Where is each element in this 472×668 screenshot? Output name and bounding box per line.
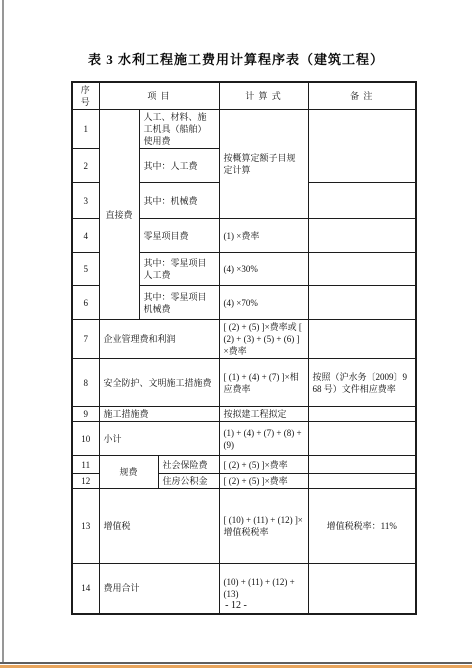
document-page: 表 3 水利工程施工费用计算程序表（建筑工程） 序号 项 目 计 算 式 备 注… xyxy=(0,0,472,668)
row-no: 3 xyxy=(72,183,99,219)
page-number: - 12 - xyxy=(0,600,472,611)
item-cell: 其中：零星项目机械费 xyxy=(139,286,219,320)
remark-cell xyxy=(308,422,416,456)
row-no: 5 xyxy=(72,253,99,286)
formula-cell: [ (2) + (5) ]×费率 xyxy=(219,474,308,489)
row-no: 4 xyxy=(72,219,99,253)
row-no: 13 xyxy=(72,489,99,564)
formula-cell: [ (1) + (4) + (7) ]×相应费率 xyxy=(219,359,308,407)
remark-cell xyxy=(308,110,416,183)
row-no: 1 xyxy=(72,110,99,149)
remark-cell xyxy=(308,253,416,286)
header-item: 项 目 xyxy=(99,82,219,110)
table-row: 9 施工措施费 按拟建工程拟定 xyxy=(72,407,416,422)
remark-cell xyxy=(308,320,416,359)
formula-cell: 按拟建工程拟定 xyxy=(219,407,308,422)
remark-cell xyxy=(308,286,416,320)
table-row: 10 小计 (1) + (4) + (7) + (8) + (9) xyxy=(72,422,416,456)
row-no: 2 xyxy=(72,149,99,183)
item-cell: 施工措施费 xyxy=(99,407,219,422)
table-row: 13 增值税 [ (10) + (11) + (12) ]×增值税税率 增值税税… xyxy=(72,489,416,564)
formula-cell: 按概算定额子目规定计算 xyxy=(219,110,308,219)
remark-cell: 按照（沪水务〔2009〕968 号）文件相应费率 xyxy=(308,359,416,407)
remark-cell xyxy=(308,407,416,422)
header-formula: 计 算 式 xyxy=(219,82,308,110)
formula-cell: [ (2) + (5) ]×费率或 [ (2) + (3) + (5) + (6… xyxy=(219,320,308,359)
group-regulation-fees: 规费 xyxy=(99,456,158,489)
remark-cell xyxy=(308,474,416,489)
item-cell: 增值税 xyxy=(99,489,219,564)
row-no: 8 xyxy=(72,359,99,407)
group-direct-cost: 直接费 xyxy=(99,110,139,320)
table-row: 7 企业管理费和利润 [ (2) + (5) ]×费率或 [ (2) + (3)… xyxy=(72,320,416,359)
item-cell: 小计 xyxy=(99,422,219,456)
formula-cell: (1) + (4) + (7) + (8) + (9) xyxy=(219,422,308,456)
formula-cell: [ (10) + (11) + (12) ]×增值税税率 xyxy=(219,489,308,564)
row-no: 11 xyxy=(72,456,99,474)
header-remark: 备 注 xyxy=(308,82,416,110)
row-no: 10 xyxy=(72,422,99,456)
page-left-edge xyxy=(2,0,4,662)
formula-cell: (4) ×30% xyxy=(219,253,308,286)
table-header-row: 序号 项 目 计 算 式 备 注 xyxy=(72,82,416,110)
item-cell: 其中：人工费 xyxy=(139,149,219,183)
item-cell: 安全防护、文明施工措施费 xyxy=(99,359,219,407)
item-cell: 零星项目费 xyxy=(139,219,219,253)
formula-cell: (4) ×70% xyxy=(219,286,308,320)
formula-cell: [ (2) + (5) ]×费率 xyxy=(219,456,308,474)
row-no: 12 xyxy=(72,474,99,489)
item-cell: 其中：零星项目人工费 xyxy=(139,253,219,286)
remark-cell: 增值税税率：11% xyxy=(308,489,416,564)
remark-cell xyxy=(308,219,416,253)
table-row: 8 安全防护、文明施工措施费 [ (1) + (4) + (7) ]×相应费率 … xyxy=(72,359,416,407)
item-cell: 社会保险费 xyxy=(158,456,219,474)
item-cell: 住房公积金 xyxy=(158,474,219,489)
item-cell: 人工、材料、施工机具（船舶）使用费 xyxy=(139,110,219,149)
item-cell: 企业管理费和利润 xyxy=(99,320,219,359)
formula-cell: (1) ×费率 xyxy=(219,219,308,253)
row-no: 6 xyxy=(72,286,99,320)
table-row: 1 直接费 人工、材料、施工机具（船舶）使用费 按概算定额子目规定计算 xyxy=(72,110,416,149)
table-row: 11 规费 社会保险费 [ (2) + (5) ]×费率 xyxy=(72,456,416,474)
cost-calculation-table: 序号 项 目 计 算 式 备 注 1 直接费 人工、材料、施工机具（船舶）使用费… xyxy=(71,81,417,615)
row-no: 7 xyxy=(72,320,99,359)
remark-cell xyxy=(308,183,416,219)
row-no: 9 xyxy=(72,407,99,422)
remark-cell xyxy=(308,456,416,474)
table-title: 表 3 水利工程施工费用计算程序表（建筑工程） xyxy=(0,49,472,68)
page-bottom-edge xyxy=(0,662,472,664)
header-no: 序号 xyxy=(72,82,99,110)
item-cell: 其中：机械费 xyxy=(139,183,219,219)
